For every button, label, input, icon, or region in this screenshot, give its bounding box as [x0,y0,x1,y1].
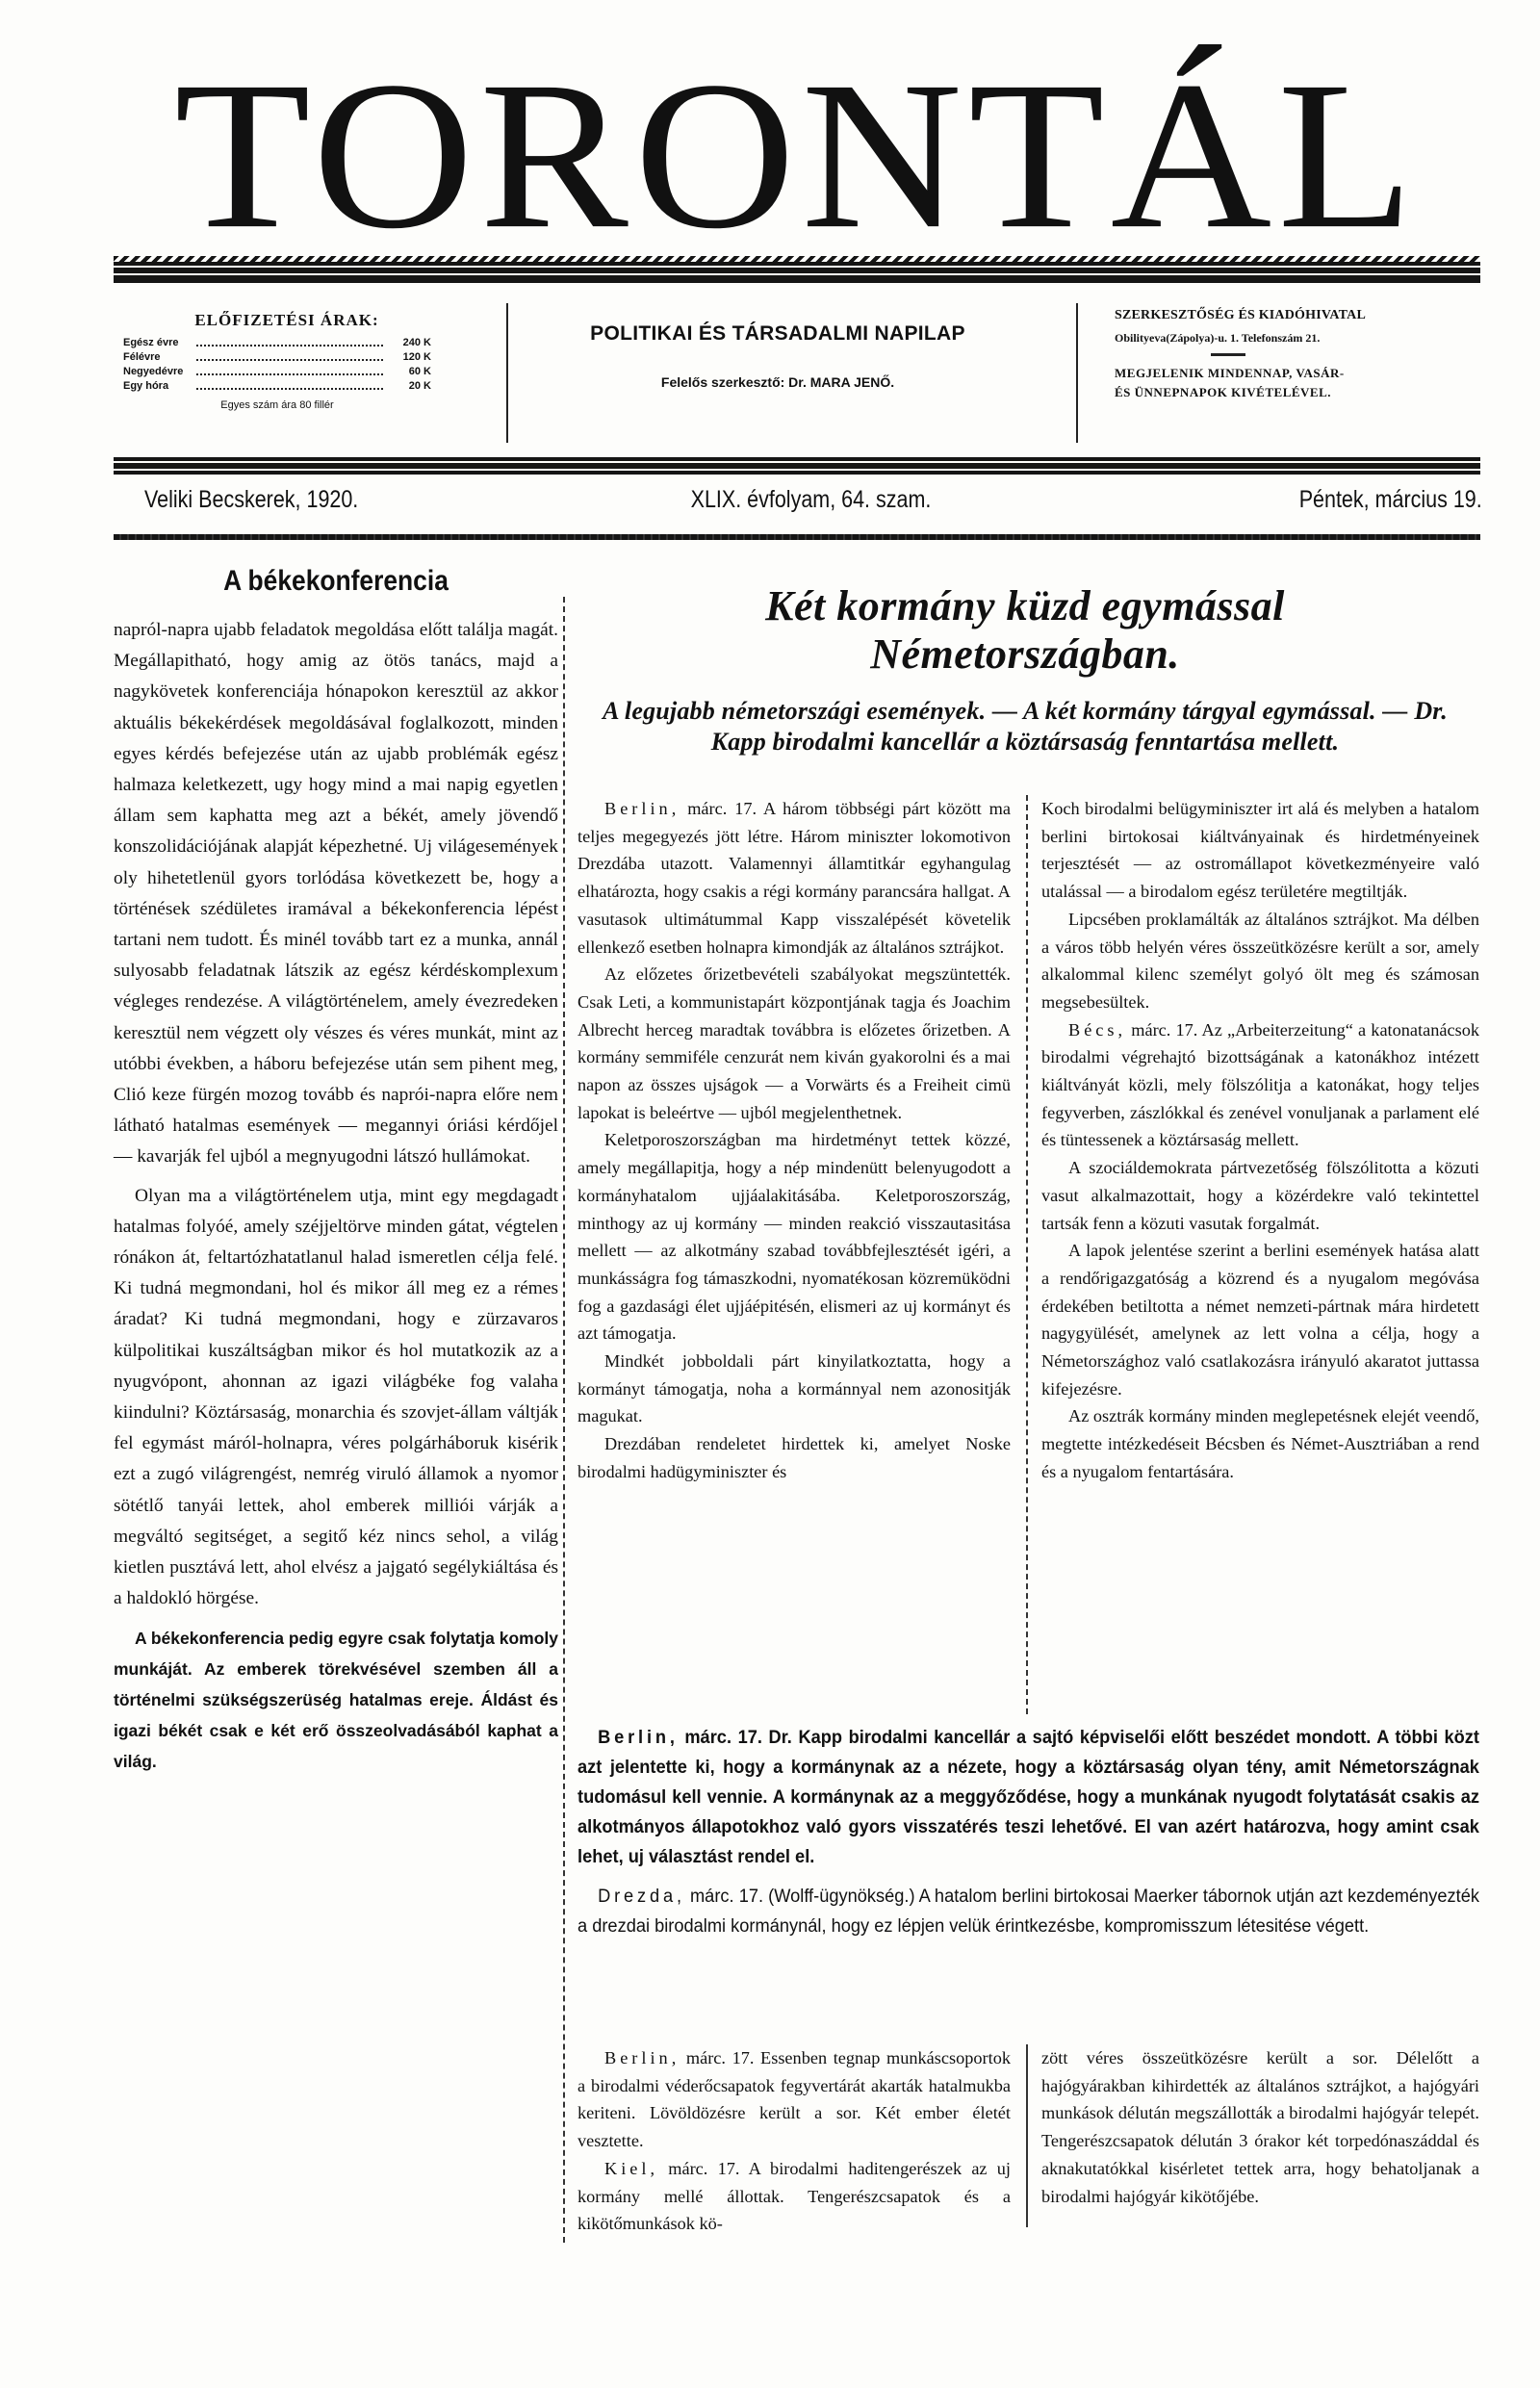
wide-news-block: Berlin, márc. 17. Dr. Kapp birodalmi kan… [577,1723,1479,1941]
publication-line: MEGJELENIK MINDENNAP, VASÁR- [1115,364,1480,383]
subscription-prices: ELŐFIZETÉSI ÁRAK: Egész évre240 K Félévr… [123,303,431,411]
news-text: A lapok jelentése szerint a berlini esem… [1041,1241,1479,1399]
headline-line: Két kormány küzd egymással [573,582,1477,630]
paragraph: Olyan ma a világtörténelem utja, mint eg… [114,1181,558,1615]
news-item: Keletporoszországban ma hirdetményt tett… [577,1126,1011,1348]
news-text: márc. 17. A három többségi párt között m… [577,799,1011,957]
dateline-place: Drezda, [598,1887,685,1907]
dateline-place: Bécs, [1068,1020,1126,1040]
price-row: Félévre120 K [123,350,431,365]
dateline-top-rule [114,457,1480,475]
subheadline: A legujabb németországi események. — A k… [573,696,1477,757]
price-label: Egész évre [123,336,191,350]
price-value: 240 K [389,336,431,350]
news-item: Drezdában rendeletet hirdettek ki, amely… [577,1430,1011,1485]
leader-dots [196,336,383,347]
news-text: Keletporoszországban ma hirdetményt tett… [577,1130,1011,1343]
news-item: Bécs, márc. 17. Az „Arbeiterzeitung“ a k… [1041,1016,1479,1155]
article-body: napról-napra ujabb feladatok megoldása e… [114,615,558,1778]
dresden-report: Drezda, márc. 17. (Wolff-ügynökség.) A h… [577,1882,1479,1941]
leader-dots [196,350,383,361]
headline: Két kormány küzd egymással Németországba… [573,582,1477,679]
column-rule [563,597,565,2243]
responsible-editor: Felelős szerkesztő: Dr. MARA JENŐ. [508,374,1047,390]
leader-dots [196,365,383,375]
news-text: márc. 17. Dr. Kapp birodalmi kancellár a… [577,1728,1479,1867]
news-item: A szociáldemokrata pártvezetőség fölszól… [1041,1154,1479,1237]
price-label: Negyedévre [123,365,191,379]
ornament-divider [1211,353,1245,356]
office-info: SZERKESZTŐSÉG ÉS KIADÓHIVATAL Obilityeva… [1115,308,1480,402]
office-address: Obilityeva(Zápolya)-u. 1. Telefonszám 21… [1115,331,1480,346]
publication-schedule: MEGJELENIK MINDENNAP, VASÁR- ÉS ÜNNEPNAP… [1115,364,1480,402]
single-copy-price: Egyes szám ára 80 fillér [123,399,431,411]
paragraph: napról-napra ujabb feladatok megoldása e… [114,615,558,1173]
volume-issue: XLIX. évfolyam, 64. szam. [691,486,932,514]
news-text: Mindkét jobboldali párt kinyilatkoztatta… [577,1351,1011,1425]
price-row: Egy hóra20 K [123,379,431,394]
left-article: A békekonferencia napról-napra ujabb fel… [114,563,558,1778]
column-rule [1026,795,1028,1714]
news-item: Mindkét jobboldali párt kinyilatkoztatta… [577,1348,1011,1430]
dateline-bottom-rule [114,534,1480,540]
price-label: Félévre [123,350,191,365]
news-item: Kiel, márc. 17. A birodalmi haditengerés… [577,2155,1011,2238]
leader-dots [196,379,383,390]
news-item: Berlin, márc. 17. A három többségi párt … [577,795,1011,961]
dateline-place: Berlin, [604,799,680,818]
headline-line: Németországban. [573,630,1477,679]
paper-description: POLITIKAI ÉS TÁRSADALMI NAPILAP Felelős … [508,322,1047,390]
price-row: Egész évre240 K [123,336,431,350]
newspaper-page: TORONTÁL ELŐFIZETÉSI ÁRAK: Egész évre240… [0,0,1540,2388]
info-band: ELŐFIZETÉSI ÁRAK: Egész évre240 K Félévr… [114,303,1480,448]
article-title: A békekonferencia [141,565,532,598]
place-year: Veliki Becskerek, 1920. [144,486,358,514]
news-text: Lipcsében proklamálták az általános sztr… [1041,910,1479,1012]
price-row: Negyedévre60 K [123,365,431,379]
price-value: 20 K [389,379,431,394]
news-item: Lipcsében proklamálták az általános sztr… [1041,906,1479,1016]
price-label: Egy hóra [123,379,191,394]
office-title: SZERKESZTŐSÉG ÉS KIADÓHIVATAL [1115,308,1480,323]
masthead-rule [114,262,1480,283]
bottom-column-1: Berlin, márc. 17. Essenben tegnap munkás… [577,2044,1011,2238]
kapp-statement: Berlin, márc. 17. Dr. Kapp birodalmi kan… [577,1723,1479,1872]
vertical-divider [1076,303,1078,443]
dateline-place: Kiel, [604,2159,658,2178]
news-text: Drezdában rendeletet hirdettek ki, amely… [577,1434,1011,1481]
news-item: Az osztrák kormány minden meglepetésnek … [1041,1402,1479,1485]
dateline-place: Berlin, [604,2048,680,2067]
news-text: márc. 17. (Wolff-ügynökség.) A hatalom b… [577,1887,1479,1937]
paper-subtitle: POLITIKAI ÉS TÁRSADALMI NAPILAP [508,322,1047,346]
news-item: Berlin, márc. 17. Essenben tegnap munkás… [577,2044,1011,2155]
dateline-place: Berlin, [598,1728,679,1748]
news-text: Koch birodalmi belügyminiszter irt alá é… [1041,799,1479,901]
dateline: Veliki Becskerek, 1920. XLIX. évfolyam, … [144,486,1287,517]
news-item: A lapok jelentése szerint a berlini esem… [1041,1237,1479,1402]
news-item: Koch birodalmi belügyminiszter irt alá é… [1041,795,1479,906]
column-rule [1026,2044,1028,2227]
masthead-title: TORONTÁL [114,64,1480,247]
price-value: 60 K [389,365,431,379]
news-item: Az előzetes őrizetbevételi szabályokat m… [577,961,1011,1126]
price-value: 120 K [389,350,431,365]
main-article-header: Két kormány küzd egymással Németországba… [573,582,1477,757]
news-text: A szociáldemokrata pártvezetőség fölszól… [1041,1158,1479,1232]
news-text: Az osztrák kormány minden meglepetésnek … [1041,1406,1479,1480]
subscription-heading: ELŐFIZETÉSI ÁRAK: [142,311,431,330]
news-text: zött véres összeütközésre került a sor. … [1041,2048,1479,2206]
news-item: zött véres összeütközésre került a sor. … [1041,2044,1479,2210]
news-column-2: Koch birodalmi belügyminiszter irt alá é… [1041,795,1479,1486]
bottom-column-2: zött véres összeütközésre került a sor. … [1041,2044,1479,2210]
paragraph: A békekonferencia pedig egyre csak folyt… [114,1623,558,1778]
issue-date: Péntek, március 19. [1299,486,1482,514]
news-column-1: Berlin, márc. 17. A három többségi párt … [577,795,1011,1486]
news-text: Az előzetes őrizetbevételi szabályokat m… [577,964,1011,1122]
publication-line: ÉS ÜNNEPNAPOK KIVÉTELÉVEL. [1115,383,1480,402]
